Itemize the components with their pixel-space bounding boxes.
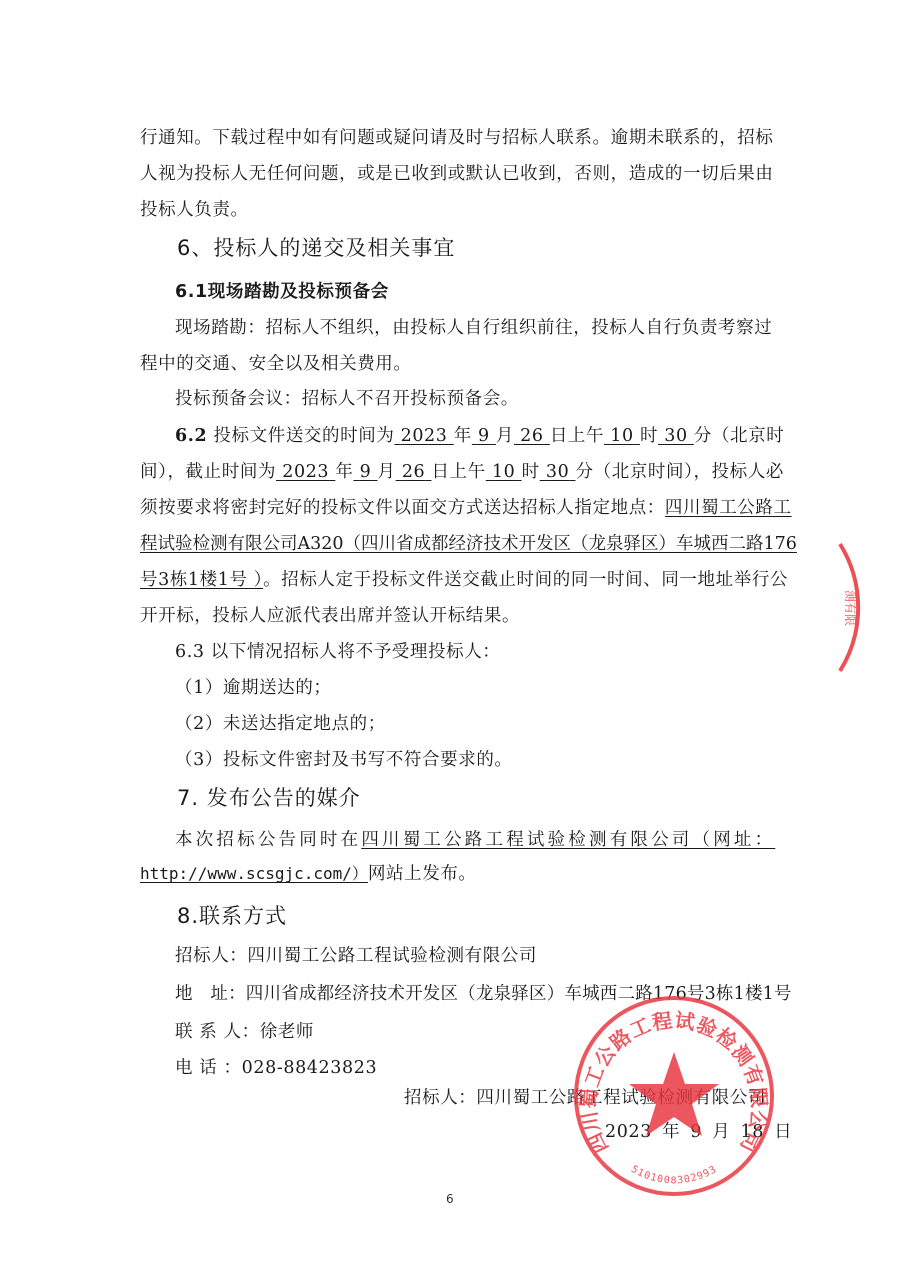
deadline-hour: 10 — [486, 462, 522, 482]
paragraph-6-2-line4: 程试验检测有限公司A320（四川省成都经济技术开发区（龙泉驿区）车城西二路176 — [140, 532, 797, 556]
submit-month: 9 — [472, 426, 496, 446]
deadline-minute: 30 — [540, 462, 576, 482]
subsection-number: 6.2 — [175, 426, 207, 446]
document-page: 行通知。下载过程中如有问题或疑问请及时与招标人联系。逾期未联系的，招标 人视为投… — [0, 0, 900, 1273]
section-heading-7: 7. 发布公告的媒介 — [177, 786, 361, 810]
contact-person: 联 系 人：徐老师 — [175, 1020, 314, 1044]
signature-tenderer: 招标人：四川蜀工公路工程试验检测有限公司 — [404, 1086, 766, 1110]
paragraph-7-line2: http://www.scsgjc.com/）网站上发布。 — [140, 862, 477, 886]
subsection-heading-6-1: 6.1现场踏勘及投标预备会 — [175, 280, 389, 304]
svg-text:测有限: 测有限 — [843, 590, 857, 626]
paragraph-line: 程中的交通、安全以及相关费用。 — [140, 352, 412, 376]
section-heading-8: 8.联系方式 — [177, 904, 287, 928]
svg-text:5101008302993: 5101008302993 — [629, 1164, 719, 1186]
submit-minute: 30 — [658, 426, 694, 446]
paragraph-6-2-line1: 6.2 投标文件送交的时间为 2023 年 9 月 26 日上午 10 时 30… — [175, 424, 784, 448]
paragraph-6-2-line3: 须按要求将密封完好的投标文件以面交方式送达招标人指定地点：四川蜀工公路工 — [140, 496, 792, 520]
list-item: （2）未送达指定地点的； — [175, 712, 386, 736]
paragraph-line: 开开标，投标人应派代表出席并签认开标结果。 — [140, 604, 520, 628]
submission-location: 四川蜀工公路工 — [665, 498, 792, 518]
paragraph-6-2-line2: 间），截止时间为 2023 年 9 月 26 日上午 10 时 30 分（北京时… — [140, 460, 784, 484]
website-link[interactable]: http://www.scsgjc.com/） — [140, 864, 368, 883]
paragraph-line: 行通知。下载过程中如有问题或疑问请及时与招标人联系。逾期未联系的，招标 — [140, 126, 774, 150]
subsection-heading-6-3: 6.3 以下情况招标人将不予受理投标人： — [175, 640, 500, 664]
list-item: （3）投标文件密封及书写不符合要求的。 — [175, 748, 513, 772]
publisher-name: 四川蜀工公路工程试验检测有限公司（网址： — [361, 830, 775, 850]
paragraph-line: 人视为投标人无任何问题，或是已收到或默认已收到，否则，造成的一切后果由 — [140, 162, 774, 186]
deadline-month: 9 — [353, 462, 377, 482]
paragraph-line: 投标预备会议：招标人不召开投标预备会。 — [175, 387, 519, 411]
deadline-day: 26 — [396, 462, 432, 482]
signature-date: 2023 年 9 月 18 日 — [605, 1120, 792, 1144]
paragraph-line: 现场踏勘：招标人不组织，由投标人自行组织前往，投标人自行负责考察过 — [175, 316, 772, 340]
section-heading-6: 6、投标人的递交及相关事宜 — [177, 236, 455, 260]
submission-location: 号3栋1楼1号 ） — [140, 570, 263, 590]
submit-day: 26 — [514, 426, 550, 446]
submit-hour: 10 — [604, 426, 640, 446]
paragraph-7-line1: 本次招标公告同时在四川蜀工公路工程试验检测有限公司（网址： — [175, 828, 775, 852]
page-number: 6 — [446, 1192, 454, 1206]
paragraph-line: 投标人负责。 — [140, 198, 249, 222]
list-item: （1）逾期送达的； — [175, 676, 332, 700]
submission-location: 程试验检测有限公司A320（四川省成都经济技术开发区（龙泉驿区）车城西二路176 — [140, 534, 797, 554]
submit-year: 2023 — [394, 426, 453, 446]
contact-tenderer: 招标人：四川蜀工公路工程试验检测有限公司 — [175, 944, 537, 968]
deadline-year: 2023 — [276, 462, 335, 482]
paragraph-6-2-line5: 号3栋1楼1号 ）。招标人定于投标文件送交截止时间的同一时间、同一地址举行公 — [140, 568, 788, 592]
riding-seal-icon: 测有限 — [832, 540, 872, 675]
contact-phone: 电 话 ：028-88423823 — [175, 1056, 377, 1080]
contact-address: 地 址：四川省成都经济技术开发区（龙泉驿区）车城西二路176号3栋1楼1号 — [175, 982, 792, 1006]
